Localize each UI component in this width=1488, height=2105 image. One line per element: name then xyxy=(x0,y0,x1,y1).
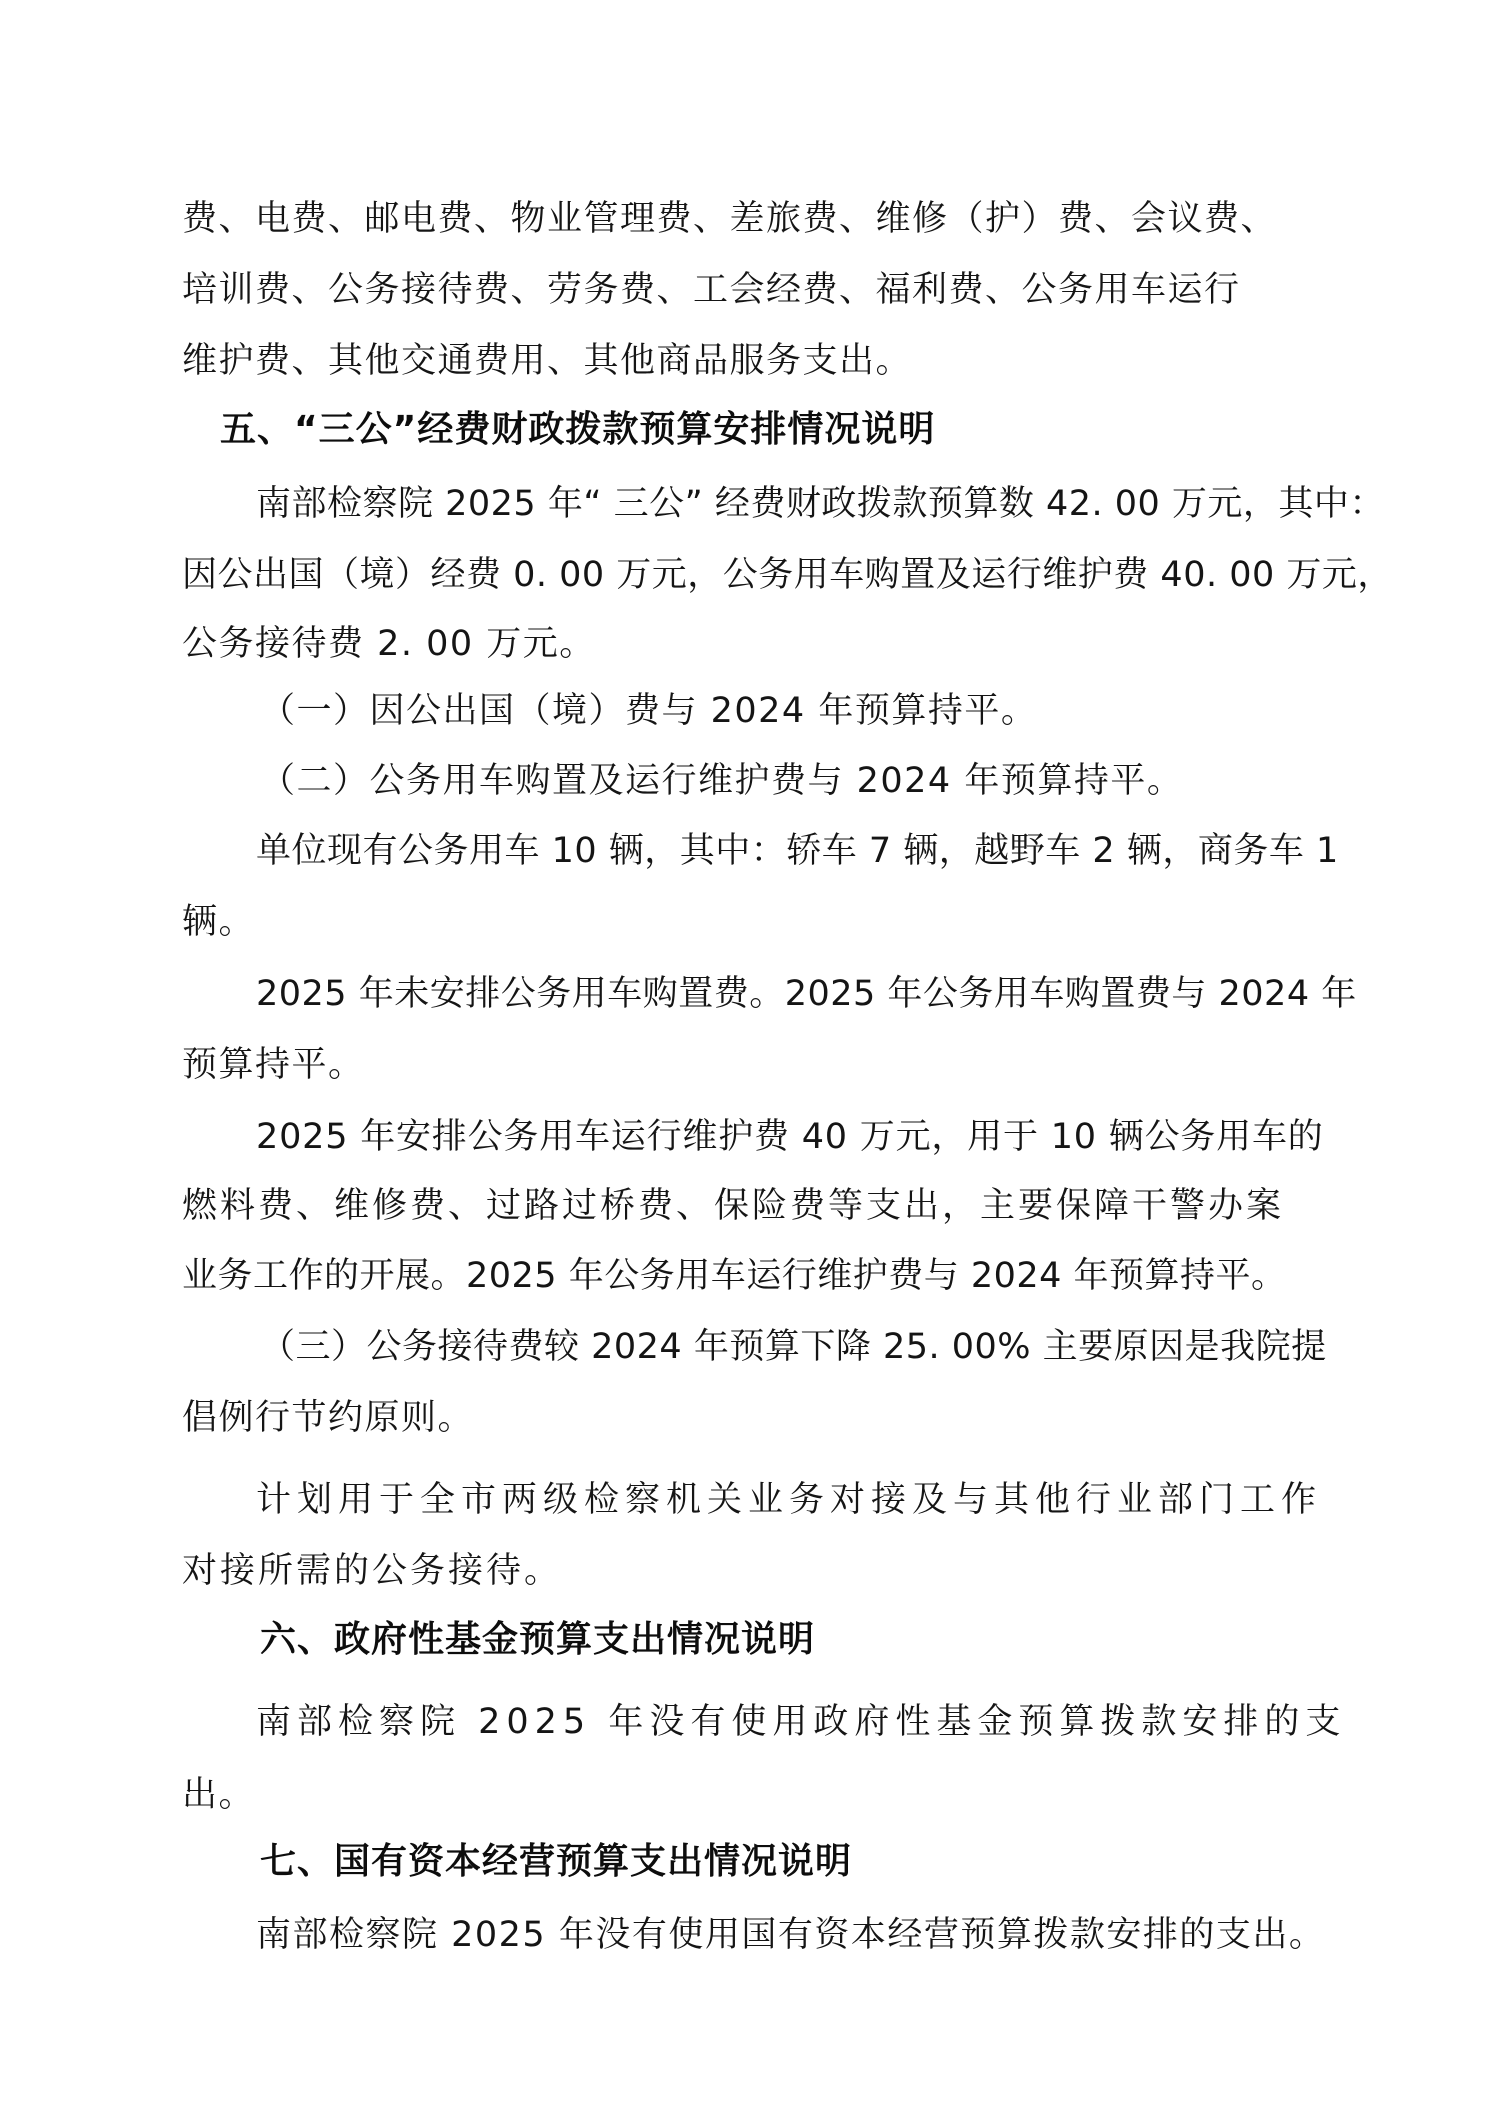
subsection-line-3: （三）公务接待费较 2024 年预算下降 25. 00% 主要原因是我院提 xyxy=(260,1325,1327,1369)
body-line: 单位现有公务用车 10 辆，其中：轿车 7 辆，越野车 2 辆，商务车 1 xyxy=(256,829,1339,873)
body-line: 计划用于全市两级检察机关业务对接及与其他行业部门工作 xyxy=(256,1478,1322,1522)
body-line: 预算持平。 xyxy=(182,1043,365,1087)
body-line: 2025 年未安排公务用车购置费。2025 年公务用车购置费与 2024 年 xyxy=(256,972,1357,1016)
subsection-line-1: （一）因公出国（境）费与 2024 年预算持平。 xyxy=(260,689,1037,733)
body-line: 南部检察院 2025 年“ 三公” 经费财政拨款预算数 42. 00 万元，其中… xyxy=(256,482,1385,526)
subsection-line-2: （二）公务用车购置及运行维护费与 2024 年预算持平。 xyxy=(260,759,1183,803)
body-line: 对接所需的公务接待。 xyxy=(182,1549,562,1593)
section-heading-6: 六、政府性基金预算支出情况说明 xyxy=(260,1618,815,1662)
body-line: 倡例行节约原则。 xyxy=(182,1396,474,1440)
body-line: 维护费、其他交通费用、其他商品服务支出。 xyxy=(182,339,912,383)
document-page: 费、电费、邮电费、物业管理费、差旅费、维修（护）费、会议费、 培训费、公务接待费… xyxy=(0,0,1488,2105)
body-line: 2025 年安排公务用车运行维护费 40 万元，用于 10 辆公务用车的 xyxy=(256,1115,1324,1159)
body-line: 费、电费、邮电费、物业管理费、差旅费、维修（护）费、会议费、 xyxy=(182,197,1277,241)
body-line: 出。 xyxy=(182,1773,255,1817)
body-line: 公务接待费 2. 00 万元。 xyxy=(182,622,596,666)
section-heading-5: 五、“三公”经费财政拨款预算安排情况说明 xyxy=(220,408,935,452)
body-line: 南部检察院 2025 年没有使用政府性基金预算拨款安排的支 xyxy=(256,1700,1346,1744)
body-line: 因公出国（境）经费 0. 00 万元，公务用车购置及运行维护费 40. 00 万… xyxy=(182,553,1393,597)
body-line: 燃料费、维修费、过路过桥费、保险费等支出，主要保障干警办案 xyxy=(182,1184,1284,1228)
body-line: 辆。 xyxy=(182,900,255,944)
body-line: 南部检察院 2025 年没有使用国有资本经营预算拨款安排的支出。 xyxy=(256,1913,1325,1957)
section-heading-7: 七、国有资本经营预算支出情况说明 xyxy=(260,1840,852,1884)
body-line: 业务工作的开展。2025 年公务用车运行维护费与 2024 年预算持平。 xyxy=(182,1254,1287,1298)
body-line: 培训费、公务接待费、劳务费、工会经费、福利费、公务用车运行 xyxy=(182,268,1241,312)
